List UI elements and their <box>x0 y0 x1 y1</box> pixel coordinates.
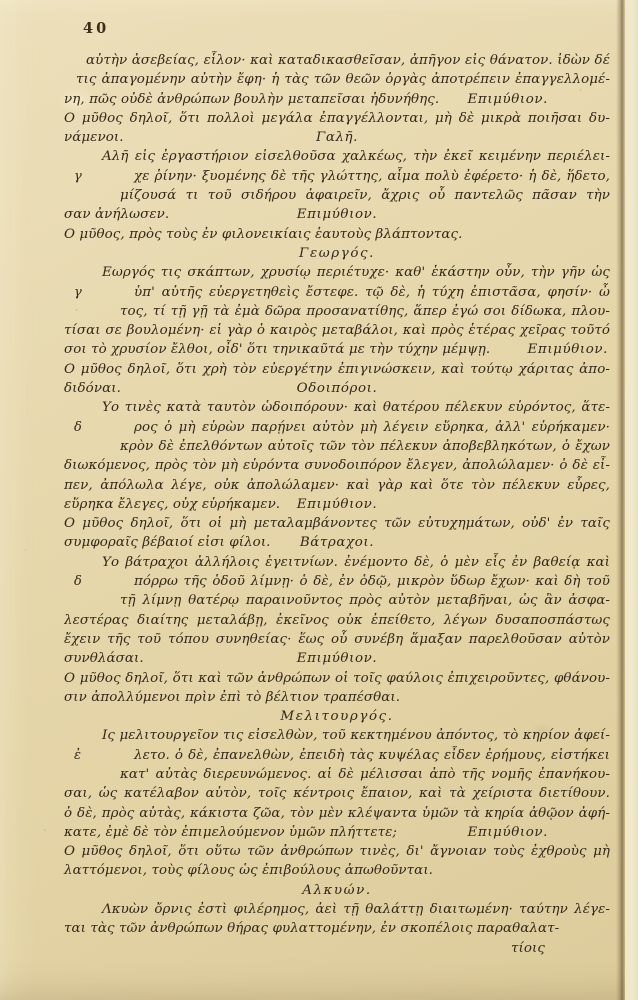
fable-title: Αλκυών. <box>64 881 610 900</box>
line-text: Αλῆ εἰς ἐργαστήριον εἰσελθοῦσα χαλκέως, … <box>102 149 610 164</box>
epimythion-label: Επιμύθιον. <box>64 205 610 224</box>
epimythion-label: Επιμύθιον. <box>468 823 548 842</box>
text-line: τῇ λίμνῃ θατέρῳ παραινοῦντος πρὸς αὐτὸν … <box>64 591 610 610</box>
epimythion-label: Επιμύθιον. <box>468 90 548 109</box>
line-text: ται τὰς τῶν ἀνθρώπων θήρας φυλαττομένην,… <box>64 921 559 936</box>
line-text: Ις μελιτουργεῖον τις εἰσελθὼν, τοῦ κεκτη… <box>102 728 610 743</box>
catchword: τίοις <box>64 939 610 958</box>
line-text: λεστέρας διαίτης μεταλάβῃ, ἐκεῖνος οὐκ ἐ… <box>64 613 610 628</box>
line-text: ρος ὁ μὴ εὑρὼν παρῄνει αὐτὸν μὴ λέγειν ε… <box>134 420 610 437</box>
page-gutter-shadow <box>616 0 625 1000</box>
initial-guide-letter: δ <box>74 418 82 437</box>
text-line: τις ἀπαγομένην αὐτὴν ἔφη· ἡ τὰς τῶν θεῶν… <box>64 70 610 89</box>
epimythion-label: Επιμύθιον. <box>528 340 608 359</box>
line-text: μίζουσά τι τοῦ σιδήρου ἀφαιρεῖν, ἄχρις ο… <box>120 188 610 205</box>
text-line: γχε ῥίνην· ξυομένης δὲ τῆς γλώττης, αἷμα… <box>64 167 610 186</box>
line-text: κατε, ἐμὲ δὲ τὸν ἐπιμελούμενον ὑμῶν πλήτ… <box>64 825 397 840</box>
line-text: κρὸν δὲ ἐπελθόντων αὐτοῖς τῶν τὸν πέλεκυ… <box>120 439 610 456</box>
text-line: ὁ δὲ, πρὸς αὐτὰς, κάκιστα ζῶα, τὸν μὲν κ… <box>64 804 610 823</box>
line-text: Υο τινὲς κατὰ ταυτὸν ὡδοιπόρουν· καὶ θατ… <box>102 400 610 415</box>
text-line: σιν ἀπολλύμενοι πρὶν ἐπὶ τὸ βέλτιον τραπ… <box>64 688 610 707</box>
text-line: συνθλάσαι.Επιμύθιον. <box>64 649 610 668</box>
text-line: διδόναι.Οδοιπόροι. <box>64 379 610 398</box>
text-line: συμφοραῖς βέβαιοί εἰσι φίλοι.Βάτραχοι. <box>64 533 610 552</box>
text-line: πεν, ἀπόλωλα λέγε, οὐκ ἀπολώλαμεν· καὶ γ… <box>64 476 610 495</box>
line-text: πεν, ἀπόλωλα λέγε, οὐκ ἀπολώλαμεν· καὶ γ… <box>64 478 610 493</box>
line-text: Ο μῦθος δηλοῖ, ὅτι καὶ τῶν ἀνθρώπων οἱ τ… <box>64 671 610 686</box>
epimythion-label: Επιμύθιον. <box>64 649 610 668</box>
line-text: Λκυὼν ὄρνις ἐστὶ φιλέρημος, ἀεὶ τῇ θαλάτ… <box>102 902 610 917</box>
text-line: κρὸν δὲ ἐπελθόντων αὐτοῖς τῶν τὸν πέλεκυ… <box>64 437 610 456</box>
initial-guide-letter: δ <box>74 572 82 591</box>
text-line: κατ' αὐτὰς διερευνώμενος. αἱ δὲ μέλισσαι… <box>64 765 610 784</box>
text-line: Υο βάτραχοι ἀλλήλοις ἐγειτνίων. ἐνέμοντο… <box>64 553 610 572</box>
book-page: 40 αὐτὴν ἀσεβείας, εἷλον· καὶ καταδικασθ… <box>0 0 638 1000</box>
text-line: μίζουσά τι τοῦ σιδήρου ἀφαιρεῖν, ἄχρις ο… <box>64 186 610 205</box>
line-text: τις ἀπαγομένην αὐτὴν ἔφη· ἡ τὰς τῶν θεῶν… <box>76 72 610 87</box>
fable-title: Μελιτουργός. <box>64 707 610 726</box>
text-line: λαττόμενοι, τοὺς φίλους ὡς ἐπιβούλους ἀπ… <box>64 861 610 880</box>
line-text: τῇ λίμνῃ θατέρῳ παραινοῦντος πρὸς αὐτὸν … <box>120 593 610 608</box>
line-text: διωκόμενος, πρὸς τὸν μὴ εὑρόντα συνοδοιπ… <box>64 458 610 473</box>
line-text: κατ' αὐτὰς διερευνώμενος. αἱ δὲ μέλισσαι… <box>120 767 610 782</box>
text-line: δπόρρω τῆς ὁδοῦ λίμνῃ· ὁ δὲ, ἐν ὁδῷ, μικ… <box>64 572 610 591</box>
text-line: Ο μῦθος δηλοῖ, ὅτι οὕτω τῶν ἀνθρώπων τιν… <box>64 842 610 861</box>
line-text: Ο μῦθος δηλοῖ, ὅτι πολλοὶ μεγάλα ἐπαγγέλ… <box>64 111 610 126</box>
text-line: Ο μῦθος δηλοῖ, ὅτι πολλοὶ μεγάλα ἐπαγγέλ… <box>64 109 610 128</box>
fable-title-text: Μελιτουργός. <box>280 709 393 724</box>
line-text: Ο μῦθος δηλοῖ, ὅτι οἱ μὴ μεταλαμβάνοντες… <box>64 516 610 531</box>
fable-title-text: Αλκυών. <box>302 883 372 898</box>
line-text: σιν ἀπολλύμενοι πρὶν ἐπὶ τὸ βέλτιον τραπ… <box>64 690 400 705</box>
epimythion-label: Επιμύθιον. <box>64 495 610 514</box>
text-line: γὑπ' αὐτῆς εὐεργετηθεὶς ἔστεφε. τῷ δὲ, ἡ… <box>64 283 610 302</box>
text-line: εὕρηκα ἔλεγες, οὐχ εὑρήκαμεν.Επιμύθιον. <box>64 495 610 514</box>
text-line: Ις μελιτουργεῖον τις εἰσελθὼν, τοῦ κεκτη… <box>64 726 610 745</box>
line-text: ἔχειν τῆς τοῦ τόπου συνηθείας· ἕως οὗ συ… <box>64 632 610 647</box>
text-line: δρος ὁ μὴ εὑρὼν παρῄνει αὐτὸν μὴ λέγειν … <box>64 418 610 437</box>
next-page-edge <box>625 0 638 1000</box>
fable-title: Οδοιπόροι. <box>64 379 610 398</box>
text-line: Ο μῦθος δηλοῖ, ὅτι καὶ τῶν ἀνθρώπων οἱ τ… <box>64 669 610 688</box>
line-text: Ο μῦθος, πρὸς τοὺς ἐν φιλονεικίαις ἑαυτο… <box>64 227 463 242</box>
text-line: τίσαι σε βουλομένη· εἰ γὰρ ὁ καιρὸς μετα… <box>64 321 610 340</box>
text-line: κατε, ἐμὲ δὲ τὸν ἐπιμελούμενον ὑμῶν πλήτ… <box>64 823 610 842</box>
text-block: αὐτὴν ἀσεβείας, εἷλον· καὶ καταδικασθεῖσ… <box>64 51 610 958</box>
line-text: ὁ δὲ, πρὸς αὐτὰς, κάκιστα ζῶα, τὸν μὲν κ… <box>64 806 610 821</box>
text-line: ἐλετο. ὁ δὲ, ἐπανελθὼν, ἐπειδὴ τὰς κυψέλ… <box>64 746 610 765</box>
text-line: Εωργός τις σκάπτων, χρυσίῳ περιέτυχε· κα… <box>64 263 610 282</box>
line-text: ὑπ' αὐτῆς εὐεργετηθεὶς ἔστεφε. τῷ δὲ, ἡ … <box>134 285 610 302</box>
line-text: Υο βάτραχοι ἀλλήλοις ἐγειτνίων. ἐνέμοντο… <box>102 555 610 570</box>
text-line: Λκυὼν ὄρνις ἐστὶ φιλέρημος, ἀεὶ τῇ θαλάτ… <box>64 900 610 919</box>
text-line: Ο μῦθος, πρὸς τοὺς ἐν φιλονεικίαις ἑαυτο… <box>64 225 610 244</box>
line-text: χε ῥίνην· ξυομένης δὲ τῆς γλώττης, αἷμα … <box>134 169 610 186</box>
initial-guide-letter: γ <box>74 167 82 186</box>
line-text: Ο μῦθος δηλοῖ, ὅτι χρὴ τὸν εὐεργέτην ἐπι… <box>64 362 610 377</box>
line-text: σαι, ὡς κατέλαβον αὐτὸν, τοῖς κέντροις ἔ… <box>64 786 610 801</box>
text-line: Ο μῦθος δηλοῖ, ὅτι οἱ μὴ μεταλαμβάνοντες… <box>64 514 610 533</box>
text-line: σαι, ὡς κατέλαβον αὐτὸν, τοῖς κέντροις ἔ… <box>64 784 610 803</box>
text-line: Υο τινὲς κατὰ ταυτὸν ὡδοιπόρουν· καὶ θατ… <box>64 398 610 417</box>
line-text: Εωργός τις σκάπτων, χρυσίῳ περιέτυχε· κα… <box>102 265 610 280</box>
text-line: ται τὰς τῶν ἀνθρώπων θήρας φυλαττομένην,… <box>64 919 610 938</box>
initial-guide-letter: γ <box>74 283 82 302</box>
line-text: τίοις <box>511 941 545 956</box>
line-text: λετο. ὁ δὲ, ἐπανελθὼν, ἐπειδὴ τὰς κυψέλα… <box>134 748 610 765</box>
line-text: νη, πῶς οὐδὲ ἀνθρώπων βουλὴν μεταπεῖσαι … <box>64 92 439 107</box>
text-line: διωκόμενος, πρὸς τὸν μὴ εὑρόντα συνοδοιπ… <box>64 456 610 475</box>
line-text: τος, τί τῇ γῇ τὰ ἐμὰ δῶρα προσανατίθης, … <box>120 304 610 319</box>
line-text: πόρρω τῆς ὁδοῦ λίμνῃ· ὁ δὲ, ἐν ὁδῷ, μικρ… <box>134 574 610 591</box>
fable-title-text: Γεωργός. <box>299 246 375 261</box>
text-line: τος, τί τῇ γῇ τὰ ἐμὰ δῶρα προσανατίθης, … <box>64 302 610 321</box>
text-line: ἔχειν τῆς τοῦ τόπου συνηθείας· ἕως οὗ συ… <box>64 630 610 649</box>
line-text: σοι τὸ χρυσίον ἔλθοι, οἶδ' ὅτι τηνικαῦτά… <box>64 342 490 357</box>
initial-guide-letter: ἐ <box>74 746 81 765</box>
fable-title: Γεωργός. <box>64 244 610 263</box>
page-number: 40 <box>83 20 109 37</box>
text-line: νάμενοι.Γαλῆ. <box>64 128 610 147</box>
line-text: αὐτὴν ἀσεβείας, εἷλον· καὶ καταδικασθεῖσ… <box>86 53 610 68</box>
text-line: σαν ἀνήλωσεν.Επιμύθιον. <box>64 205 610 224</box>
text-line: Ο μῦθος δηλοῖ, ὅτι χρὴ τὸν εὐεργέτην ἐπι… <box>64 360 610 379</box>
text-line: σοι τὸ χρυσίον ἔλθοι, οἶδ' ὅτι τηνικαῦτά… <box>64 340 610 359</box>
fable-title: Βάτραχοι. <box>64 533 610 552</box>
text-line: νη, πῶς οὐδὲ ἀνθρώπων βουλὴν μεταπεῖσαι … <box>64 90 610 109</box>
line-text: Ο μῦθος δηλοῖ, ὅτι οὕτω τῶν ἀνθρώπων τιν… <box>64 844 610 861</box>
line-text: τίσαι σε βουλομένη· εἰ γὰρ ὁ καιρὸς μετα… <box>64 323 610 338</box>
line-text: λαττόμενοι, τοὺς φίλους ὡς ἐπιβούλους ἀπ… <box>64 863 433 878</box>
text-line: αὐτὴν ἀσεβείας, εἷλον· καὶ καταδικασθεῖσ… <box>64 51 610 70</box>
text-line: Αλῆ εἰς ἐργαστήριον εἰσελθοῦσα χαλκέως, … <box>64 147 610 166</box>
fable-title: Γαλῆ. <box>64 128 610 147</box>
text-line: λεστέρας διαίτης μεταλάβῃ, ἐκεῖνος οὐκ ἐ… <box>64 611 610 630</box>
